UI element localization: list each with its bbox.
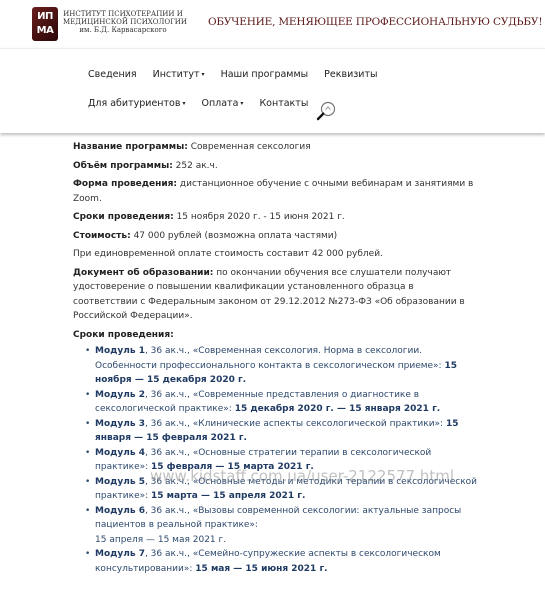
schedule-heading: Сроки проведения: xyxy=(73,328,478,343)
module-desc: , 36 ак.ч., «Клинические аспекты сексоло… xyxy=(145,419,446,429)
value: Современная сексология xyxy=(188,142,311,152)
module-name: Модуль 4 xyxy=(95,448,145,458)
logo-mark-top: ИП xyxy=(32,10,58,24)
program-info: Название программы: Современная сексолог… xyxy=(73,140,478,576)
program-name: Название программы: Современная сексолог… xyxy=(73,140,478,155)
chevron-down-icon: ▾ xyxy=(202,71,205,78)
label: Стоимость: xyxy=(73,231,131,241)
logo-mark[interactable]: ИП МА xyxy=(32,7,58,41)
discount-note: При единовременной оплате стоимость сост… xyxy=(73,247,478,262)
nav-item-programs[interactable]: Наши программы xyxy=(221,69,309,80)
nav-item-institut[interactable]: Институт▾ xyxy=(153,69,205,80)
nav-item-svedeniya[interactable]: Сведения xyxy=(88,69,137,80)
program-format: Форма проведения: дистанционное обучение… xyxy=(73,177,478,206)
nav-label: Оплата xyxy=(201,98,238,109)
value: 47 000 рублей (возможна оплата частями) xyxy=(131,231,337,241)
module-date: 15 апреля — 15 мая 2021 г. xyxy=(95,535,226,545)
logo-mark-bottom: МА xyxy=(32,24,58,38)
nav-row-2: Для абитуриентов▾ Оплата▾ Контакты xyxy=(88,98,324,109)
site-header: ИП МА ИНСТИТУТ ПСИХОТЕРАПИИ И МЕДИЦИНСКО… xyxy=(0,0,545,48)
module-name: Модуль 1 xyxy=(95,346,145,356)
nav-label: Наши программы xyxy=(221,69,309,80)
nav-label: Контакты xyxy=(259,98,308,109)
module-date: 15 декабря 2020 г. — 15 января 2021 г. xyxy=(235,404,441,414)
label: Сроки проведения: xyxy=(73,212,174,222)
module-name: Модуль 3 xyxy=(95,419,145,429)
module-name: Модуль 6 xyxy=(95,506,145,516)
module-desc: , 36 ак.ч., «Современная сексология. Нор… xyxy=(95,346,444,371)
module-name: Модуль 5 xyxy=(95,477,145,487)
module-item: Модуль 7, 36 ак.ч., «Семейно-супружеские… xyxy=(95,547,478,576)
nav-label: Сведения xyxy=(88,69,137,80)
module-date: 15 мая — 15 июня 2021 г. xyxy=(195,564,327,574)
nav-label: Реквизиты xyxy=(324,69,377,80)
module-date: 15 февраля — 15 марта 2021 г. xyxy=(151,462,314,472)
module-item: Модуль 4, 36 ак.ч., «Основные стратегии … xyxy=(95,446,478,475)
chevron-down-icon: ▾ xyxy=(182,100,185,107)
module-name: Модуль 7 xyxy=(95,549,145,559)
module-date: 15 марта — 15 апреля 2021 г. xyxy=(151,491,305,501)
logo-line-3: им. Б.Д. Карвасарского xyxy=(63,26,183,34)
main-nav: Сведения Институт▾ Наши программы Реквиз… xyxy=(0,48,545,133)
module-item: Модуль 5, 36 ак.ч., «Основные методы и м… xyxy=(95,475,478,504)
value: 252 ак.ч. xyxy=(173,161,218,171)
nav-item-payment[interactable]: Оплата▾ xyxy=(201,98,243,109)
nav-label: Для абитуриентов xyxy=(88,98,180,109)
program-cost: Стоимость: 47 000 рублей (возможна оплат… xyxy=(73,229,478,244)
label: Документ об образовании: xyxy=(73,268,213,278)
module-desc: , 36 ак.ч., «Вызовы современной сексолог… xyxy=(95,506,461,531)
nav-row-1: Сведения Институт▾ Наши программы Реквиз… xyxy=(88,69,394,80)
module-item: Модуль 2, 36 ак.ч., «Современные предста… xyxy=(95,388,478,417)
logo-text[interactable]: ИНСТИТУТ ПСИХОТЕРАПИИ И МЕДИЦИНСКОЙ ПСИХ… xyxy=(63,10,183,34)
program-document: Документ об образовании: по окончании об… xyxy=(73,266,478,324)
label: Объём программы: xyxy=(73,161,173,171)
module-list: Модуль 1, 36 ак.ч., «Современная сексоло… xyxy=(73,344,478,576)
program-volume: Объём программы: 252 ак.ч. xyxy=(73,159,478,174)
nav-label: Институт xyxy=(153,69,200,80)
label: Форма проведения: xyxy=(73,179,177,189)
label: Название программы: xyxy=(73,142,188,152)
nav-item-contacts[interactable]: Контакты xyxy=(259,98,308,109)
logo-line-2: МЕДИЦИНСКОЙ ПСИХОЛОГИИ xyxy=(63,18,183,26)
logo-line-1: ИНСТИТУТ ПСИХОТЕРАПИИ И xyxy=(63,10,183,18)
module-name: Модуль 2 xyxy=(95,390,145,400)
nav-item-requisites[interactable]: Реквизиты xyxy=(324,69,377,80)
search-icon[interactable] xyxy=(315,100,337,122)
module-item: Модуль 6, 36 ак.ч., «Вызовы современной … xyxy=(95,504,478,548)
program-dates: Сроки проведения: 15 ноября 2020 г. - 15… xyxy=(73,210,478,225)
label: Сроки проведения: xyxy=(73,330,174,340)
module-item: Модуль 3, 36 ак.ч., «Клинические аспекты… xyxy=(95,417,478,446)
value: 15 ноября 2020 г. - 15 июня 2021 г. xyxy=(174,212,345,222)
module-item: Модуль 1, 36 ак.ч., «Современная сексоло… xyxy=(95,344,478,388)
chevron-down-icon: ▾ xyxy=(240,100,243,107)
nav-item-applicants[interactable]: Для абитуриентов▾ xyxy=(88,98,185,109)
slogan: ОБУЧЕНИЕ, МЕНЯЮЩЕЕ ПРОФЕССИОНАЛЬНУЮ СУДЬ… xyxy=(208,16,542,28)
